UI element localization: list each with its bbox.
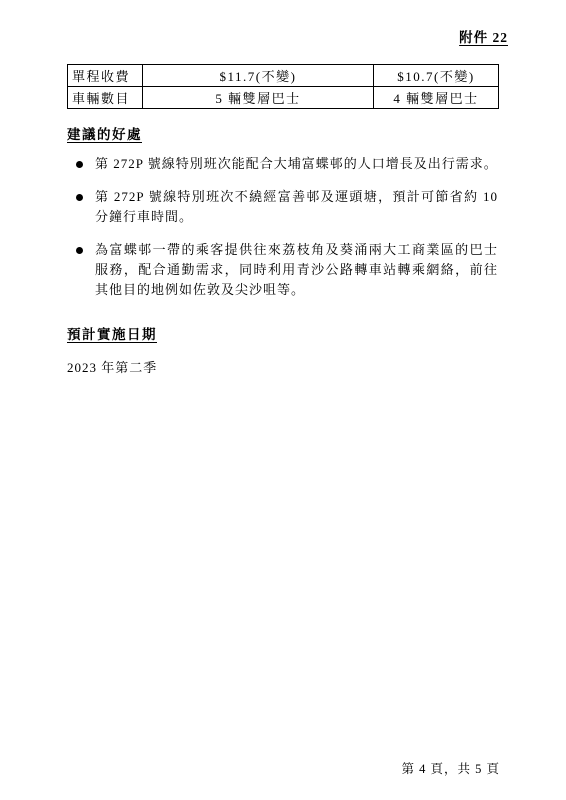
list-item: 第 272P 號線特別班次能配合大埔富蝶邨的人口增長及出行需求。 [67,154,498,174]
fare-row-value-2: $10.7(不變) [374,65,499,87]
implementation-date-value: 2023 年第二季 [67,357,157,376]
bullet-text: 為富蝶邨一帶的乘客提供往來荔枝角及葵涌兩大工商業區的巴士服務，配合通勤需求，同時… [95,242,498,297]
list-item: 為富蝶邨一帶的乘客提供往來荔枝角及葵涌兩大工商業區的巴士服務，配合通勤需求，同時… [67,240,498,300]
fare-vehicle-table: 單程收費 $11.7(不變) $10.7(不變) 車輛數目 5 輛雙層巴士 4 … [67,64,499,109]
bullet-icon [76,247,83,254]
appendix-label: 附件 22 [67,26,508,46]
benefits-heading-text: 建議的好處 [67,127,142,142]
appendix-label-text: 附件 22 [459,30,508,45]
bullet-text: 第 272P 號線特別班次能配合大埔富蝶邨的人口增長及出行需求。 [95,156,498,171]
page-number-footer: 第 4 頁，共 5 頁 [67,759,500,777]
vehicles-row-value-1: 5 輛雙層巴士 [143,87,374,109]
implementation-date-heading-text: 預計實施日期 [67,327,157,342]
bullet-icon [76,194,83,201]
list-item: 第 272P 號線特別班次不繞經富善邨及運頭塘，預計可節省約 10 分鐘行車時間… [67,187,498,227]
table-row-vehicles: 車輛數目 5 輛雙層巴士 4 輛雙層巴士 [68,87,499,109]
implementation-date-heading: 預計實施日期 [67,323,157,343]
fare-row-label: 單程收費 [68,65,143,87]
table-row-fare: 單程收費 $11.7(不變) $10.7(不變) [68,65,499,87]
bullet-text: 第 272P 號線特別班次不繞經富善邨及運頭塘，預計可節省約 10 分鐘行車時間… [95,189,498,224]
benefits-bullet-list: 第 272P 號線特別班次能配合大埔富蝶邨的人口增長及出行需求。 第 272P … [67,154,498,313]
vehicles-row-value-2: 4 輛雙層巴士 [374,87,499,109]
fare-row-value-1: $11.7(不變) [143,65,374,87]
vehicles-row-label: 車輛數目 [68,87,143,109]
bullet-icon [76,161,83,168]
document-page: 附件 22 單程收費 $11.7(不變) $10.7(不變) 車輛數目 5 輛雙… [0,0,566,800]
benefits-heading: 建議的好處 [67,123,142,143]
